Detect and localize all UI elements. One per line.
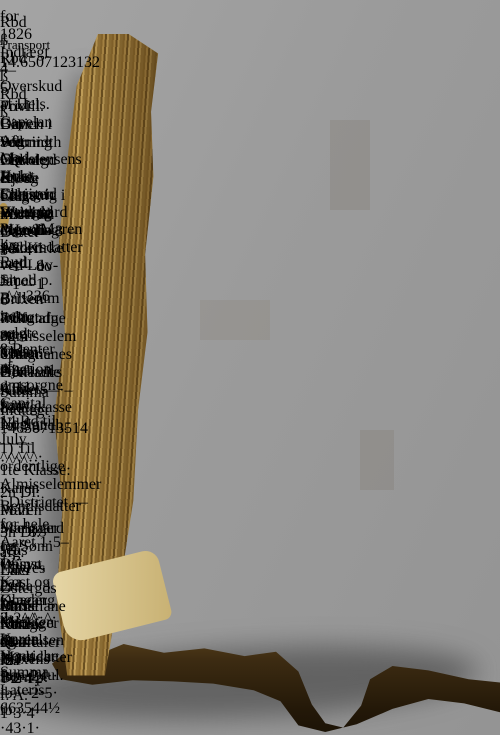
entry-number: 5 xyxy=(0,80,8,97)
page-number-row: 96 xyxy=(0,634,15,652)
entry-number: 4 xyxy=(0,60,8,77)
ink-smudge xyxy=(360,430,394,490)
ink-smudge xyxy=(200,300,270,340)
expense-summa-row: Summa Lateris 663544½ xyxy=(0,664,60,718)
transport-label: Transport xyxy=(0,37,50,52)
section-title: Udgigt xyxy=(0,416,44,433)
entry-number: 9 xyxy=(0,363,8,380)
ledger-photo: for 1826 Indtægt — Rbd ß Rbd ß Rbd ß Tra… xyxy=(0,0,500,735)
amount-cells: ·43·1· xyxy=(0,720,40,735)
page-number: 96 xyxy=(0,635,15,651)
entry-number: 1) xyxy=(0,440,13,457)
entry-number: 6 xyxy=(0,292,8,309)
entry-number: 8 xyxy=(0,341,8,358)
summa-label: Summa Lateris xyxy=(0,664,49,699)
ink-smudge xyxy=(330,120,370,210)
expense-heading-row: Udgigt xyxy=(0,416,44,434)
summa-label: Summa Indtægt xyxy=(0,384,49,419)
subtotal-label: ialt xyxy=(0,271,17,286)
amount-cells: 663544½ xyxy=(0,700,60,717)
